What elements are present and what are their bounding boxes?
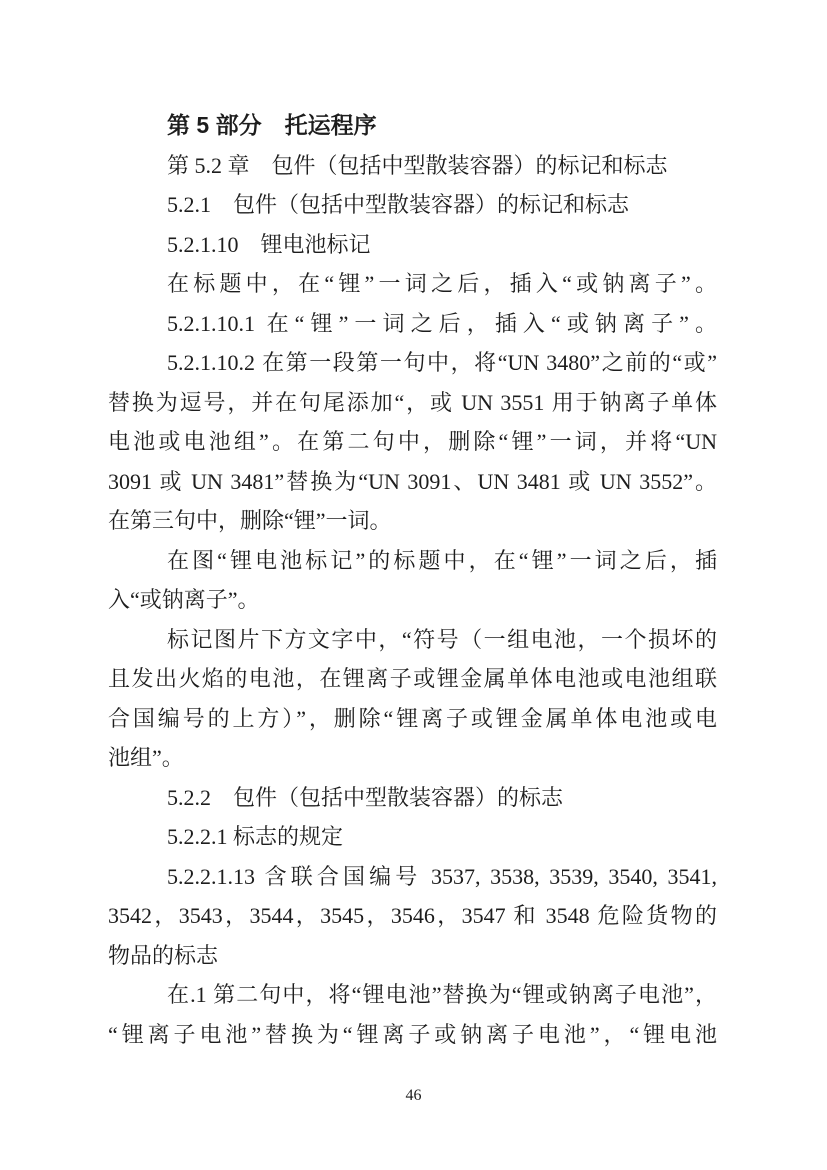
text-line: “锂离子电池”替换为“锂离子或钠离子电池”，“锂电池 [108,1015,717,1055]
text-line: 5.2.2 包件（包括中型散装容器）的标志 [108,778,717,818]
text-line: 替换为逗号，并在句尾添加“，或 UN 3551 用于钠离子单体 [108,383,717,423]
text-line: 3542，3543，3544，3545，3546，3547 和 3548 危险货… [108,896,717,936]
text-line: 电池或电池组”。在第二句中，删除“锂”一词，并将“UN [108,422,717,462]
text-line: 5.2.1.10.1 在“锂”一词之后，插入“或钠离子”。 [108,304,717,344]
text-line: 5.2.1 包件（包括中型散装容器）的标记和标志 [108,185,717,225]
text-line: 且发出火焰的电池，在锂离子或锂金属单体电池或电池组联 [108,659,717,699]
text-line: 在第三句中，删除“锂”一词。 [108,501,717,541]
text-lines: 第 5 部分 托运程序第 5.2 章 包件（包括中型散装容器）的标记和标志5.2… [108,106,717,1054]
text-line: 5.2.1.10.2 在第一段第一句中，将“UN 3480”之前的“或” [108,343,717,383]
text-line: 5.2.2.1.13 含联合国编号 3537, 3538, 3539, 3540… [108,857,717,897]
text-line: 第 5.2 章 包件（包括中型散装容器）的标记和标志 [108,146,717,186]
text-line: 入“或钠离子”。 [108,580,717,620]
text-line: 在.1 第二句中，将“锂电池”替换为“锂或钠离子电池”， [108,975,717,1015]
text-line: 5.2.1.10 锂电池标记 [108,225,717,265]
text-line: 在图“锂电池标记”的标题中，在“锂”一词之后，插 [108,541,717,581]
text-line: 在标题中，在“锂”一词之后，插入“或钠离子”。 [108,264,717,304]
text-line: 物品的标志 [108,936,717,976]
page-number: 46 [0,1086,827,1106]
text-line: 池组”。 [108,738,717,778]
text-line: 第 5 部分 托运程序 [108,106,717,146]
text-line: 3091 或 UN 3481”替换为“UN 3091、UN 3481 或 UN … [108,462,717,502]
text-line: 5.2.2.1 标志的规定 [108,817,717,857]
text-line: 标记图片下方文字中，“符号（一组电池，一个损坏的 [108,620,717,660]
document-page: 第 5 部分 托运程序第 5.2 章 包件（包括中型散装容器）的标记和标志5.2… [0,0,827,1170]
text-line: 合国编号的上方）”，删除“锂离子或锂金属单体电池或电 [108,699,717,739]
